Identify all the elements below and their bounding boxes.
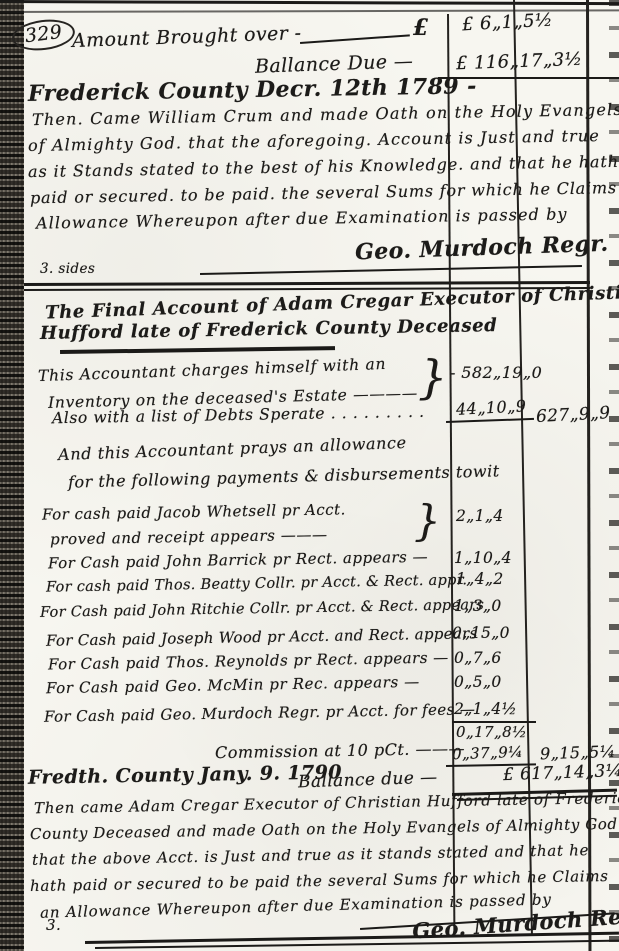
book-spine-edge [0,0,24,951]
title-underline [60,346,335,353]
payment-row-label: For Cash paid Joseph Wood pr Acct. and R… [46,624,478,650]
oath-line-5: Allowance Whereupon after due Examinatio… [36,204,568,232]
closing-county-date: Fredth. County Jany. 9. 1790 [28,761,342,788]
footer-note: 3. [46,916,61,934]
payment-row-label: For Cash paid Geo. Murdoch Regr. pr Acct… [44,700,476,726]
oath-heading: Frederick County Decr. 12th 1789 - [28,73,477,107]
payment-row-amount: 0„5„0 [454,673,502,691]
sides-note: 3. sides [40,261,95,277]
signature-flourish-line [200,265,582,274]
ledger-page: 329 Amount Brought over - £ £ 6„1„5½ Bal… [0,0,619,951]
page-number-circle: 329 [10,16,77,54]
payment-row-amount: 1„3„0 [454,597,502,615]
charges-total: 627„9„9 [536,403,611,427]
page-number: 329 [12,20,75,50]
inventory-amount: - 582„19„0 [450,363,542,382]
prays-line-1: And this Accountant prays an allowance [58,433,407,464]
payment-row-amount: 1„10„4 [454,549,512,567]
charges-brace: } [418,350,448,404]
payment-row-label: For cash paid Thos. Beatty Collr. pr Acc… [46,572,467,595]
commission-label: Commission at 10 pCt. ——— [215,739,465,762]
debts-sperate-amount: 44„10„9 [456,396,527,419]
payment-brace: } [414,496,441,545]
charge-line-1: This Accountant charges himself with an [38,355,387,385]
payment-row-amount: 2„1„4 [456,507,504,525]
payment-row-amount: 2„1„4½ [454,700,517,718]
payment-row-amount: 0„7„6 [454,649,502,667]
payment-row-label: For Cash paid John Ritchie Collr. pr Acc… [40,597,484,621]
prays-line-2: for the following payments & disbursemen… [68,461,500,491]
closing-line-1: Then came Adam Cregar Executor of Christ… [34,789,619,818]
commission-amount: 0„37„9¼ [452,743,524,763]
flourish-dash [300,34,410,44]
pound-sign: £ [413,15,429,41]
brought-over-amount: £ 6„1„5½ [462,10,554,36]
payment-row-label-cont: proved and receipt appears ——— [50,526,328,549]
payment-row-amount: 0„15„0 [452,624,510,642]
payment-row-label: For Cash paid Thos. Reynolds pr Rect. ap… [48,649,449,674]
closing-ballance-amount: £ 617„14„3¼ [503,761,619,785]
ballance-due-amount: £ 116„17„3½ [456,49,583,74]
closing-line-3: that the above Acct. is Just and true as… [32,841,589,869]
payment-row-label: For Cash paid Geo. McMin pr Rec. appears… [46,673,420,698]
registrar-signature-1: Geo. Murdoch Regr. [355,231,609,266]
payment-row-label: For Cash paid John Barrick pr Rect. appe… [48,548,428,573]
payment-row-label: For cash paid Jacob Whetsell pr Acct. [42,500,346,523]
deductions-total: 9„15„5¼ [540,742,616,764]
payment-row-amount: 1„4„2 [456,570,504,588]
section-divider-heavy [24,281,590,286]
right-page-edge [609,0,619,951]
oath-line-2: of Almighty God. that the aforegoing. Ac… [28,126,600,155]
oath-line-4: paid or secured. to be paid. the several… [30,178,619,208]
closing-ballance-label: Ballance due — [298,768,438,793]
top-border-line [0,0,619,5]
brought-over-label: Amount Brought over - [72,22,302,52]
oath-line-3: as it Stands stated to the best of his K… [28,152,619,181]
subtotal-amount: 0„17„8½ [456,723,527,741]
